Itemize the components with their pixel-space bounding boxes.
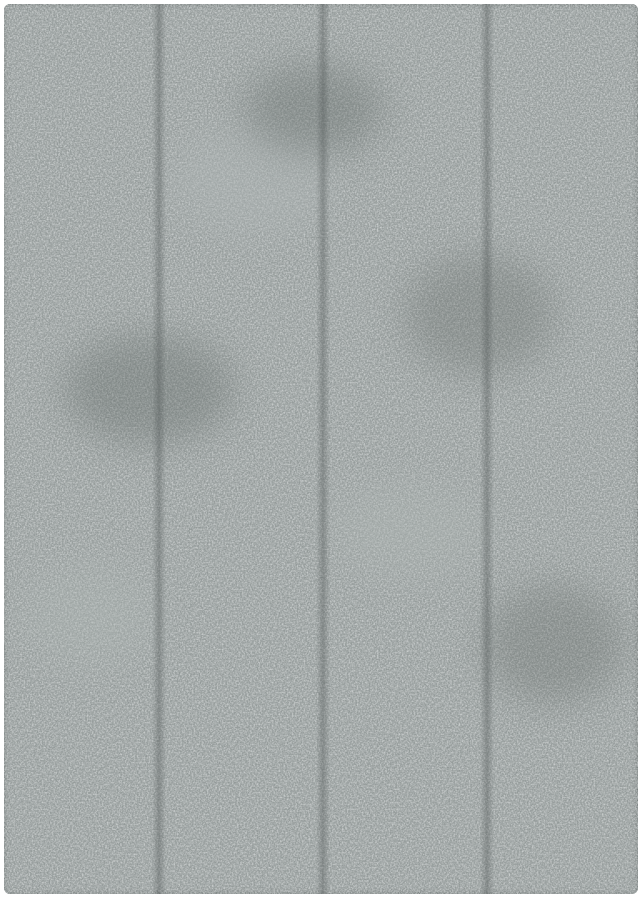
shag-rug xyxy=(4,4,638,894)
fold-crease xyxy=(316,4,330,894)
light-patch xyxy=(24,564,154,664)
light-patch xyxy=(334,484,484,574)
dark-patch xyxy=(484,584,624,704)
dark-patch xyxy=(64,334,234,444)
dark-patch xyxy=(404,254,554,374)
fold-crease xyxy=(480,4,494,894)
fold-crease xyxy=(152,4,166,894)
dark-patch xyxy=(244,64,384,154)
